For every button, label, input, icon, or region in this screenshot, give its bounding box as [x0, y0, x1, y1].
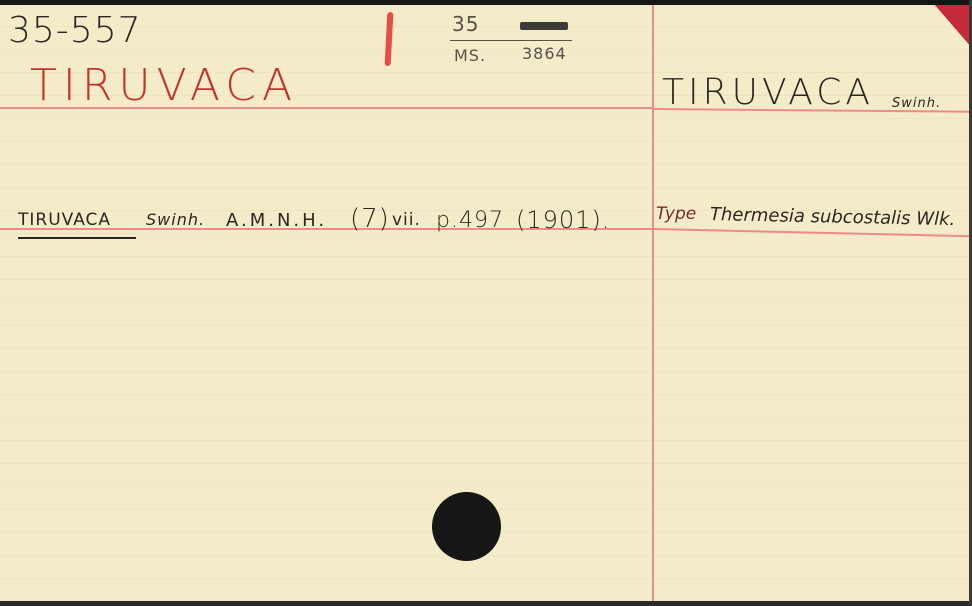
genus-author-right: Swinh.	[892, 96, 941, 111]
punch-hole	[432, 492, 501, 561]
genus-heading-right: TIRUVACA	[662, 72, 874, 113]
reference-divider	[450, 40, 572, 41]
scan-border-top	[0, 0, 972, 5]
reference-bottom-label: MS.	[454, 46, 486, 65]
genus-heading-left: TIRUVACA	[30, 60, 298, 111]
scan-border-bottom	[0, 601, 972, 606]
accession-number: 35-557	[8, 10, 142, 51]
citation-genus-underline	[18, 237, 136, 239]
citation-series: (7)	[350, 204, 390, 234]
citation-genus: TIRUVACA	[18, 210, 111, 230]
type-label: Type	[656, 204, 696, 224]
citation-author: Swinh.	[146, 210, 205, 229]
reference-top-number: 35	[452, 12, 479, 36]
red-tick-mark	[385, 12, 394, 66]
citation-year: (1901).	[516, 206, 610, 234]
margin-rule	[652, 4, 654, 602]
citation-journal: A.M.N.H.	[226, 210, 327, 231]
struck-reference-value	[520, 22, 568, 30]
type-species: Thermesia subcostalis Wlk.	[710, 204, 956, 230]
citation-volume: vii.	[392, 210, 421, 230]
red-corner-tab	[934, 4, 972, 48]
reference-bottom-number: 3864	[522, 44, 567, 63]
citation-page: p.497	[436, 208, 504, 233]
index-card: 35-557 TIRUVACA 35 MS. 3864 TIRUVACA Swi…	[0, 4, 972, 602]
